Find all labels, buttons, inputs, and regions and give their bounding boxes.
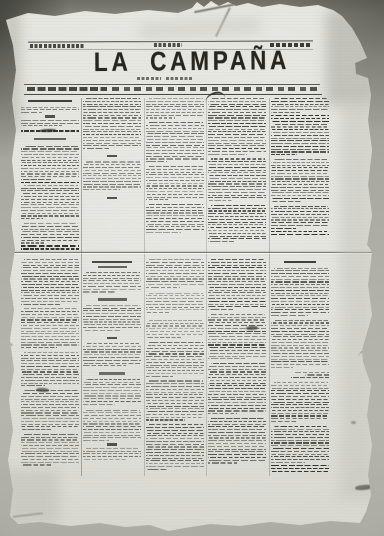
ink-blot bbox=[36, 388, 49, 393]
photo-of-newspaper: LA CAMPAÑA bbox=[0, 0, 384, 536]
stain bbox=[140, 17, 261, 39]
handwritten-squiggle bbox=[204, 91, 225, 103]
ink-blot bbox=[40, 129, 56, 133]
ink-blot bbox=[246, 326, 258, 331]
paper-artifacts-layer bbox=[0, 0, 384, 536]
newspaper-page: LA CAMPAÑA bbox=[0, 0, 384, 536]
corner-shade bbox=[4, 470, 59, 525]
